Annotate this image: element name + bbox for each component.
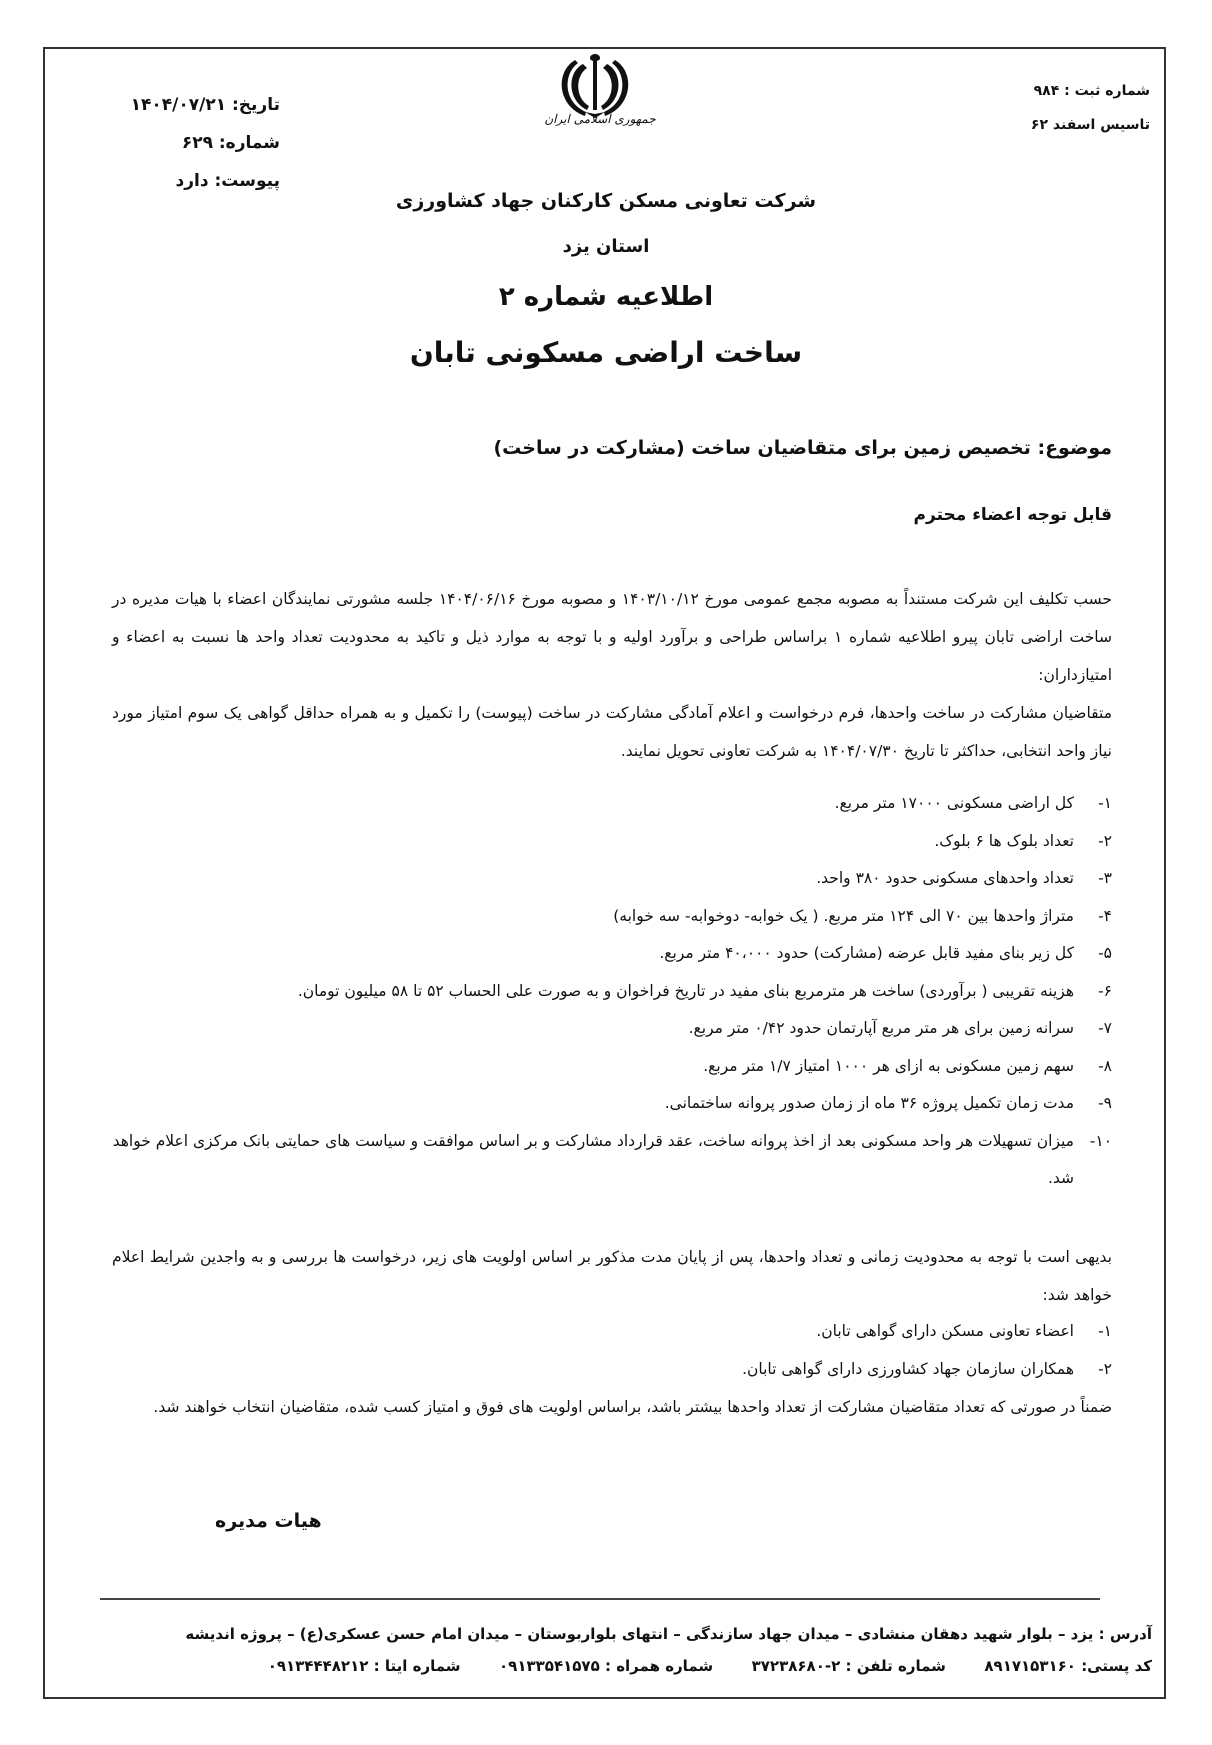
list-item: ۳-تعداد واحدهای مسکونی حدود ۳۸۰ واحد. (112, 860, 1112, 898)
attachment-label: پیوست: (215, 171, 281, 191)
priority-intro-paragraph: بدیهی است با توجه به محدودیت زمانی و تعد… (112, 1238, 1112, 1314)
list-item: ۱۰-میزان تسهیلات هر واحد مسکونی بعد از ا… (112, 1123, 1112, 1198)
project-title: ساخت اراضی مسکونی تابان (0, 336, 1212, 369)
organization-name: شرکت تعاونی مسکن کارکنان جهاد کشاورزی (0, 190, 1212, 212)
attachment-value: دارد (176, 171, 209, 191)
signature: هیات مدیره (215, 1510, 322, 1532)
number-line: شماره: ۶۲۹ (110, 124, 280, 162)
address-value: یزد – بلوار شهید دهقان منشادی – میدان جه… (185, 1625, 1093, 1643)
number-label: شماره: (219, 133, 280, 153)
company-meta: شماره ثبت : ۹۸۴ تاسیس اسفند ۶۲ (950, 74, 1150, 142)
closing-paragraph: ضمناً در صورتی که تعداد متقاضیان مشارکت … (112, 1388, 1112, 1426)
list-item: ۹-مدت زمان تکمیل پروژه ۳۶ ماه از زمان صد… (112, 1085, 1112, 1123)
mobile-label: شماره همراه : (605, 1657, 713, 1675)
list-item: ۶-هزینه تقریبی ( برآوردی) ساخت هر مترمرب… (112, 973, 1112, 1011)
province-name: استان یزد (0, 236, 1212, 257)
phone-value: ۲-۳۷۲۳۸۶۸۰ (752, 1657, 841, 1675)
iran-emblem-icon (545, 50, 645, 142)
list-item: ۲-تعداد بلوک ها ۶ بلوک. (112, 823, 1112, 861)
intro-paragraph: حسب تکلیف این شرکت مستنداً به مصوبه مجمع… (112, 580, 1112, 694)
phone-label: شماره تلفن : (845, 1657, 945, 1675)
list-item: ۱-اعضاء تعاونی مسکن دارای گواهی تابان. (112, 1313, 1112, 1351)
emblem-caption: جمهوری اسلامی ایران (540, 112, 660, 126)
eita-label: شماره ایتا : (374, 1657, 461, 1675)
postal-value: ۸۹۱۷۱۵۳۱۶۰ (984, 1657, 1076, 1675)
contact-line: کد پستی: ۸۹۱۷۱۵۳۱۶۰ شماره تلفن : ۲-۳۷۲۳۸… (52, 1650, 1152, 1682)
date-line: تاریخ: ۱۴۰۴/۰۷/۲۱ (110, 86, 280, 124)
footer-contact: آدرس : یزد – بلوار شهید دهقان منشادی – م… (52, 1618, 1152, 1682)
instructions-paragraph: متقاضیان مشارکت در ساخت واحدها، فرم درخو… (112, 694, 1112, 770)
priorities-list: ۱-اعضاء تعاونی مسکن دارای گواهی تابان. ۲… (112, 1313, 1112, 1388)
mobile-value: ۰۹۱۳۳۵۴۱۵۷۵ (499, 1657, 600, 1675)
notice-title: اطلاعیه شماره ۲ (0, 282, 1212, 312)
list-item: ۲-همکاران سازمان جهاد کشاورزی دارای گواه… (112, 1351, 1112, 1389)
list-item: ۱-کل اراضی مسکونی ۱۷۰۰۰ متر مربع. (112, 785, 1112, 823)
address-label: آدرس : (1099, 1625, 1152, 1643)
postal-label: کد پستی: (1081, 1657, 1152, 1675)
list-item: ۵-کل زیر بنای مفید قابل عرضه (مشارکت) حد… (112, 935, 1112, 973)
registration-number: شماره ثبت : ۹۸۴ (950, 74, 1150, 108)
project-details-list: ۱-کل اراضی مسکونی ۱۷۰۰۰ متر مربع. ۲-تعدا… (112, 785, 1112, 1198)
salutation: قابل توجه اعضاء محترم (914, 505, 1112, 525)
date-value: ۱۴۰۴/۰۷/۲۱ (131, 95, 226, 115)
subject-line: موضوع: تخصیص زمین برای متقاضیان ساخت (مش… (493, 437, 1112, 459)
list-item: ۷-سرانه زمین برای هر متر مربع آپارتمان ح… (112, 1010, 1112, 1048)
footer-divider (100, 1598, 1100, 1600)
founded-date: تاسیس اسفند ۶۲ (950, 108, 1150, 142)
address-line: آدرس : یزد – بلوار شهید دهقان منشادی – م… (52, 1618, 1152, 1650)
list-item: ۴-متراژ واحدها بین ۷۰ الی ۱۲۴ متر مربع. … (112, 898, 1112, 936)
date-label: تاریخ: (232, 95, 280, 115)
number-value: ۶۲۹ (182, 133, 213, 153)
letter-meta: تاریخ: ۱۴۰۴/۰۷/۲۱ شماره: ۶۲۹ پیوست: دارد (110, 86, 280, 200)
eita-value: ۰۹۱۳۴۴۴۸۲۱۲ (268, 1657, 369, 1675)
list-item: ۸-سهم زمین مسکونی به ازای هر ۱۰۰۰ امتیاز… (112, 1048, 1112, 1086)
